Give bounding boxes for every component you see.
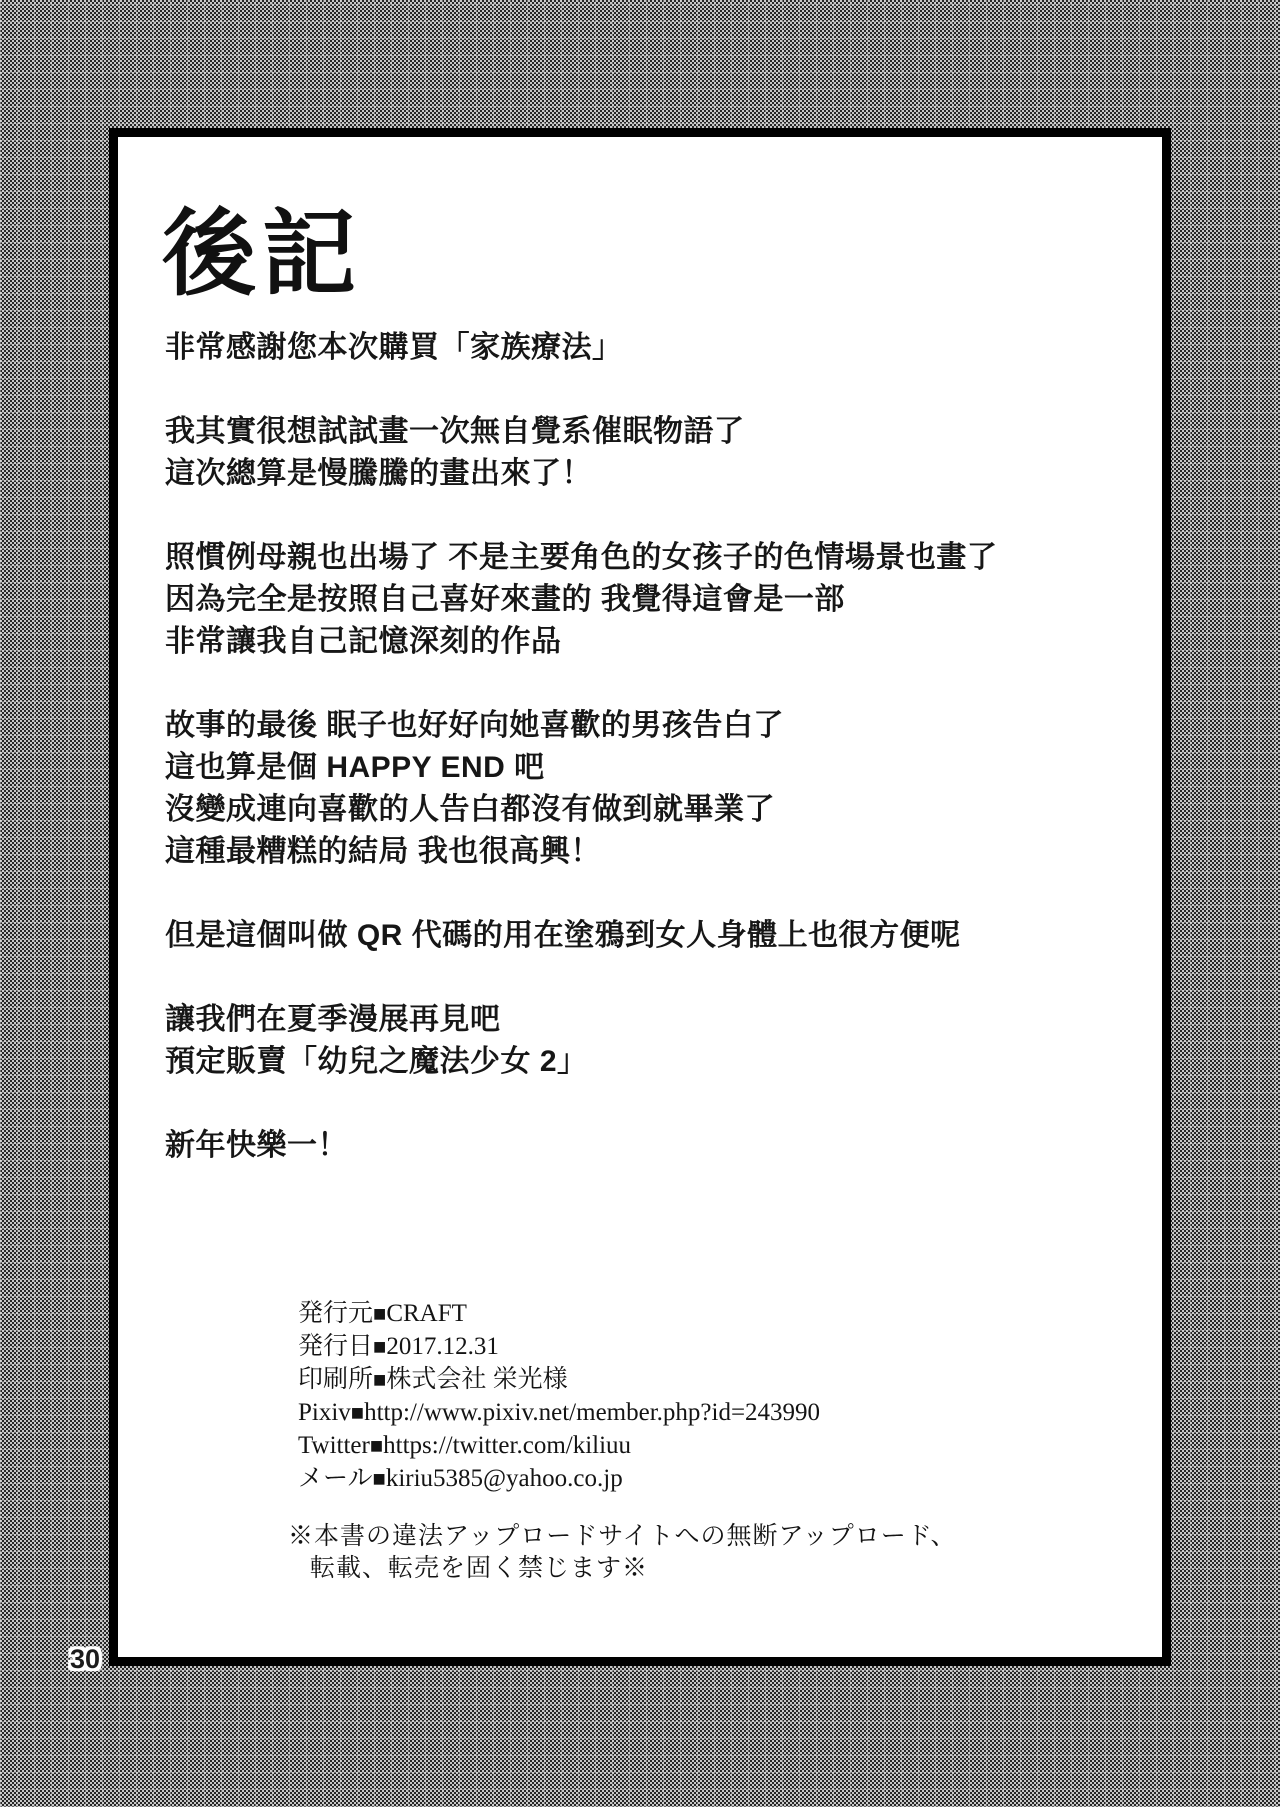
paragraph: 但是這個叫做 QR 代碼的用在塗鴉到女人身體上也很方便呢	[165, 915, 1125, 957]
afterword-line: 讓我們在夏季漫展再見吧	[165, 999, 1125, 1041]
colophon-label: メール	[298, 1465, 373, 1492]
afterword-line: 非常讓我自己記憶深刻的作品	[165, 621, 1125, 663]
afterword-line: 故事的最後 眠子也好好向她喜歡的男孩告白了	[165, 705, 1125, 747]
colophon-label: 印刷所	[298, 1366, 373, 1393]
colophon-row-printer: 印刷所■株式会社 栄光様	[298, 1363, 820, 1396]
afterword-body: 非常感謝您本次購買「家族療法」 我其實很想試試畫一次無自覺系催眠物語了 這次總算…	[165, 327, 1125, 1167]
disclaimer-line: 転載、転売を固く禁じます※	[288, 1553, 957, 1585]
afterword-line: 但是這個叫做 QR 代碼的用在塗鴉到女人身體上也很方便呢	[165, 919, 961, 952]
afterword-line: 這次總算是慢騰騰的畫出來了！	[165, 453, 1125, 495]
colophon-row-pixiv: Pixiv■http://www.pixiv.net/member.php?id…	[298, 1396, 820, 1429]
paragraph: 非常感謝您本次購買「家族療法」	[165, 327, 1125, 369]
colophon-value: 株式会社 栄光様	[386, 1366, 567, 1393]
afterword-line: 沒變成連向喜歡的人告白都沒有做到就畢業了	[165, 789, 1125, 831]
afterword-line: 預定販賣「幼兒之魔法少女 2」	[165, 1041, 1125, 1083]
colophon-row-email: メール■kiriu5385@yahoo.co.jp	[298, 1462, 820, 1495]
colophon-label: 発行元	[298, 1300, 373, 1327]
colophon: 発行元■CRAFT 発行日■2017.12.31 印刷所■株式会社 栄光様 Pi…	[298, 1297, 820, 1495]
pixiv-url: http://www.pixiv.net/member.php?id=24399…	[364, 1399, 820, 1426]
separator-square-icon: ■	[373, 1334, 386, 1359]
separator-square-icon: ■	[351, 1400, 364, 1425]
disclaimer-line: ※本書の違法アップロードサイトへの無断アップロード、	[288, 1521, 957, 1553]
colophon-label: Pixiv	[298, 1399, 351, 1426]
separator-square-icon: ■	[370, 1433, 383, 1458]
afterword-line: 這也算是個 HAPPY END 吧	[165, 747, 1125, 789]
separator-square-icon: ■	[373, 1301, 386, 1326]
page-title: 後記	[162, 207, 362, 301]
colophon-label: 発行日	[298, 1333, 373, 1360]
disclaimer: ※本書の違法アップロードサイトへの無断アップロード、 転載、転売を固く禁じます※	[288, 1521, 957, 1585]
email-address: kiriu5385@yahoo.co.jp	[386, 1465, 623, 1492]
colophon-row-publisher: 発行元■CRAFT	[298, 1297, 820, 1330]
twitter-url: https://twitter.com/kiliuu	[383, 1432, 631, 1459]
colophon-value: CRAFT	[386, 1300, 467, 1327]
page-number: 30	[70, 1644, 100, 1675]
afterword-line: 非常感謝您本次購買「家族療法」	[165, 331, 623, 364]
colophon-label: Twitter	[298, 1432, 370, 1459]
afterword-line: 照慣例母親也出場了 不是主要角色的女孩子的色情場景也畫了	[165, 537, 1125, 579]
afterword-line: 這種最糟糕的結局 我也很高興！	[165, 831, 1125, 873]
afterword-page: 後記 非常感謝您本次購買「家族療法」 我其實很想試試畫一次無自覺系催眠物語了 這…	[109, 128, 1171, 1666]
afterword-line: 我其實很想試試畫一次無自覺系催眠物語了	[165, 411, 1125, 453]
paragraph: 新年快樂一！	[165, 1125, 1125, 1167]
afterword-line: 新年快樂一！	[165, 1129, 348, 1162]
colophon-value: 2017.12.31	[386, 1333, 499, 1360]
separator-square-icon: ■	[373, 1367, 386, 1392]
colophon-row-twitter: Twitter■https://twitter.com/kiliuu	[298, 1429, 820, 1462]
page-content: 後記 非常感謝您本次購買「家族療法」 我其實很想試試畫一次無自覺系催眠物語了 這…	[118, 137, 1162, 1657]
colophon-row-publish-date: 発行日■2017.12.31	[298, 1330, 820, 1363]
separator-square-icon: ■	[373, 1466, 386, 1491]
afterword-line: 因為完全是按照自己喜好來畫的 我覺得這會是一部	[165, 579, 1125, 621]
